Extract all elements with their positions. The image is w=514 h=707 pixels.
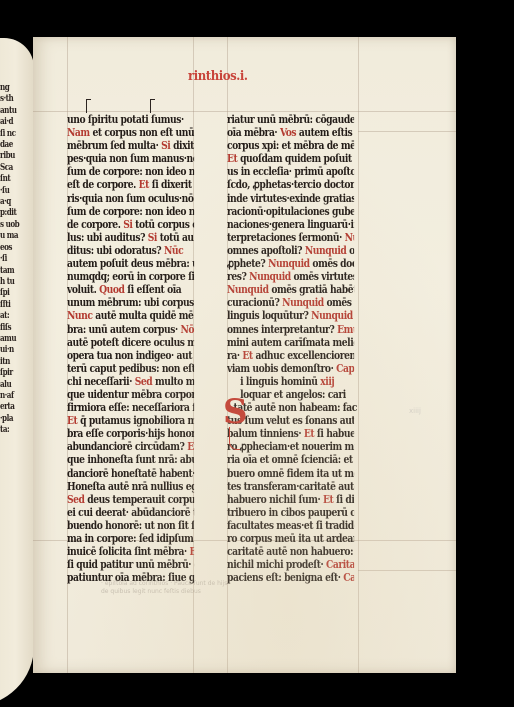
text-line: lus: ubi auditus? Si totū au [67,231,194,244]
text-line: mini autem carīſmata melio [227,336,354,349]
text-line: ria oīa et omnē ſcienciā: et ha [227,453,354,466]
text-line: eſt de corpore. Et ſi dixerit au [67,178,194,191]
text-line: ro ꝓpheciam·et nouerim miſte [227,440,354,453]
text-line: unum mēbrum: ubi corpus? [67,296,194,309]
text-line: voluit. Quod ſi eſſent oīa [67,283,194,296]
text-line: Nunquid omēs gratiā habēt [227,283,354,296]
text-line: autē poteſt dicere oculus manui [67,336,194,349]
text-line: mēbrum ſed multa· Si dixit [67,139,194,152]
text-line: ra· Et adhuc excellenciorem [227,349,354,362]
text-line: ſi quid patitur unū mēbrū· cō [67,558,194,571]
text-line: ſcdo, ꝓphetas·tercio doctores·de [227,178,354,191]
text-line: oīa mēbra· Vos autem eſtis [227,126,354,139]
text-line: Et quoſdam quidem poſuit de [227,152,354,165]
text-line: ma in corpore: ſed idipſum p [67,532,194,545]
text-line: corpus xpi: et mēbra de mēbro· [227,139,354,152]
text-line: linguis loquūtur? Nunquid [227,309,354,322]
text-line: pes·quia non ſum manus·nō [67,152,194,165]
text-line: que inhoneſta ſunt nrā: abun [67,453,194,466]
text-line: curacionū? Nunquid omēs [227,296,354,309]
rubricated-initial: S [223,395,248,429]
text-line: tes transferam·caritatē autē nō [227,480,354,493]
text-line: firmiora eſſe: neceſſariora ſūt· [67,401,194,414]
text-line: terū caput pedibus: non eſtis mi [67,362,194,375]
text-line: habuero nichil ſum· Et ſi diſ [227,493,354,506]
text-line: que uidentur mēbra corporis in [67,388,194,401]
bleed-through-text: · epiſtola ad corinthios · Pauca ſunt de… [101,580,227,596]
text-line: riatur unū mēbrū: cōgaudent [227,113,354,126]
text-line: tribuero in cibos pauperū oēs [227,506,354,519]
text-line: racionū·opitulaciones guber [227,205,354,218]
text-line: ro corpus meū ita ut ardeam: [227,532,354,545]
text-line: chi neceſſarii· Sed multo magis [67,375,194,388]
ascender-stroke [150,99,151,113]
text-line: buero omnē fidem ita ut mō [227,467,354,480]
text-line: naciones·genera linguarū·in [227,218,354,231]
ascender-stroke [86,99,87,113]
text-line: ris·quia non ſum oculus·nō [67,192,194,205]
text-line: viam uobis demonſtro· Capitl̄ [227,362,354,375]
text-line: terpretaciones ſermonū· Nūqd [227,231,354,244]
text-line: ditus: ubi odoratus? Nūc [67,244,194,257]
left-facing-page: ng s·th antu ai·d ſi nc dae ribu Sca ſnt… [0,38,34,706]
text-line: ei cui deerat· abūdanciorē tri [67,506,194,519]
manuscript-page: rinthios.i. uno ſpiritu potati ſumus·Nam… [33,37,456,673]
text-line: autem poſuit deus mēbra: u [67,257,194,270]
text-line: facultates meas·et ſi tradidē [227,519,354,532]
text-line: caritatē autē non habuero: [227,545,354,558]
text-line: bra eſſe corporis·hijs honorē [67,427,194,440]
text-line: omnes interpretantur? Emula [227,323,354,336]
text-line: Nunc autē multa quidē mē [67,309,194,322]
text-line: paciens eſt: benigna eſt· Cari [227,571,354,584]
text-line: Sed deus temperauit corpus· [67,493,194,506]
text-line: uno ſpiritu potati ſumus· [67,113,194,126]
ruling-line [358,131,456,132]
left-page-text: ng s·th antu ai·d ſi nc dae ribu Sca ſnt… [0,83,27,437]
text-line: inuicē ſolicita ſint mēbra· Et [67,545,194,558]
text-line: Et q̄ putamus ignobiliora mē [67,414,194,427]
text-line: res? Nunquid omēs virtutes? [227,270,354,283]
text-line: nichil michi prodeſt· Caritas [227,558,354,571]
text-line: opera tua non indigeo· aut i [67,349,194,362]
text-column-right: riatur unū mēbrū: cōgaudentoīa mēbra· Vo… [227,113,359,584]
text-line: us in eccleſia· primū apoſtolos· [227,165,354,178]
margin-mark: xiiij [409,407,421,415]
text-line: inde virtutes·exinde gratias cu [227,192,354,205]
text-line: danciorē honeſtatē habent· [67,467,194,480]
ruling-line [358,570,456,571]
text-line: ſum de corpore: non ideo nō eſt [67,205,194,218]
text-line: abundanciorē circūdam? Et [67,440,194,453]
text-line: Nam et corpus non eſt unū [67,126,194,139]
text-line: ꝓphete? Nunquid omēs docto [227,257,354,270]
text-line: bra: unū autem corpus· Nō [67,323,194,336]
ruling-line [33,111,456,112]
initial-flourish [229,427,240,450]
running-head: rinthios.i. [188,69,248,84]
text-line: loquar et angelos: cari [227,388,367,401]
text-line: i linguis hominū xiij [227,375,367,388]
text-line: numqdq; eorū in corpore ſicut [67,270,194,283]
text-line: Honeſta autē nrā nullius ege [67,480,194,493]
text-line: omnes apoſtoli? Nunquid om̄ [227,244,354,257]
text-line: buendo honorē: ut non ſit ſciſ [67,519,194,532]
text-line: ſum de corpore: non ideo non [67,165,194,178]
text-column-left: uno ſpiritu potati ſumus·Nam et corpus n… [67,113,194,584]
text-line: de corpore. Si totū corpus ocu [67,218,194,231]
